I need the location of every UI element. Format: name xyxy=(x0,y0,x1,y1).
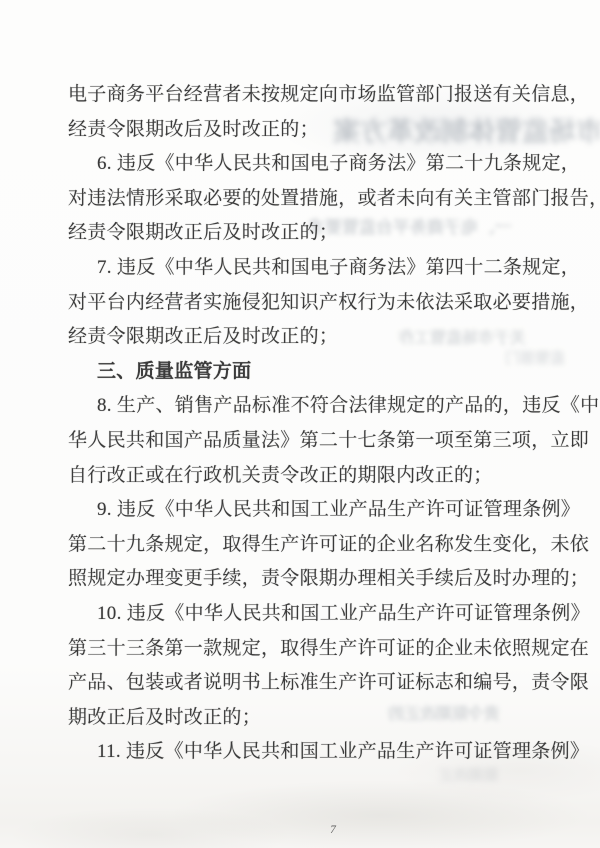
text-line: 对平台内经营者实施侵犯知识产权行为未依法采取必要措施， xyxy=(68,286,560,321)
list-item-10: 10. 违反《中华人民共和国工业产品生产许可证管理条例》 xyxy=(68,597,560,632)
text-line: 第三十三条第一款规定，取得生产许可证的企业未依照规定在 xyxy=(68,632,560,667)
section-heading-quality-supervision: 三、质量监管方面 xyxy=(68,355,560,390)
list-item-7: 7. 违反《中华人民共和国电子商务法》第四十二条规定， xyxy=(68,251,560,286)
text-line: 华人民共和国产品质量法》第二十七条第一项至第三项，立即 xyxy=(68,424,560,459)
text-line: 自行改正或在行政机关责令改正的期限内改正的； xyxy=(68,459,560,494)
text-line: 经责令限期改正后及时改正的； xyxy=(68,320,560,355)
list-item-6: 6. 违反《中华人民共和国电子商务法》第二十九条规定， xyxy=(68,147,560,182)
text-line: 期改正后及时改正的； xyxy=(68,701,560,736)
document-body: 电子商务平台经营者未按规定向市场监管部门报送有关信息， 经责令限期改后及时改正的… xyxy=(68,78,560,770)
list-item-8: 8. 生产、销售产品标准不符合法律规定的产品的，违反《中 xyxy=(68,389,560,424)
text-line: 电子商务平台经营者未按规定向市场监管部门报送有关信息， xyxy=(68,78,560,113)
list-item-11: 11. 违反《中华人民共和国工业产品生产许可证管理条例》 xyxy=(68,735,560,770)
page-number: 7 xyxy=(318,824,348,836)
text-line: 第二十九条规定，取得生产许可证的企业名称发生变化，未依 xyxy=(68,528,560,563)
text-line: 对违法情形采取必要的处置措施，或者未向有关主管部门报告， xyxy=(68,182,560,217)
scanned-document-page: 市场监管体制改革方案 一、电子商务平台监管要求 关于市场监管工作 监管部门 责令… xyxy=(0,0,600,848)
text-line: 产品、包装或者说明书上标准生产许可证标志和编号，责令限 xyxy=(68,666,560,701)
text-line: 经责令限期改正后及时改正的； xyxy=(68,216,560,251)
text-line: 照规定办理变更手续，责令限期办理相关手续后及时办理的； xyxy=(68,562,560,597)
text-line: 经责令限期改后及时改正的； xyxy=(68,113,560,148)
list-item-9: 9. 违反《中华人民共和国工业产品生产许可证管理条例》 xyxy=(68,493,560,528)
